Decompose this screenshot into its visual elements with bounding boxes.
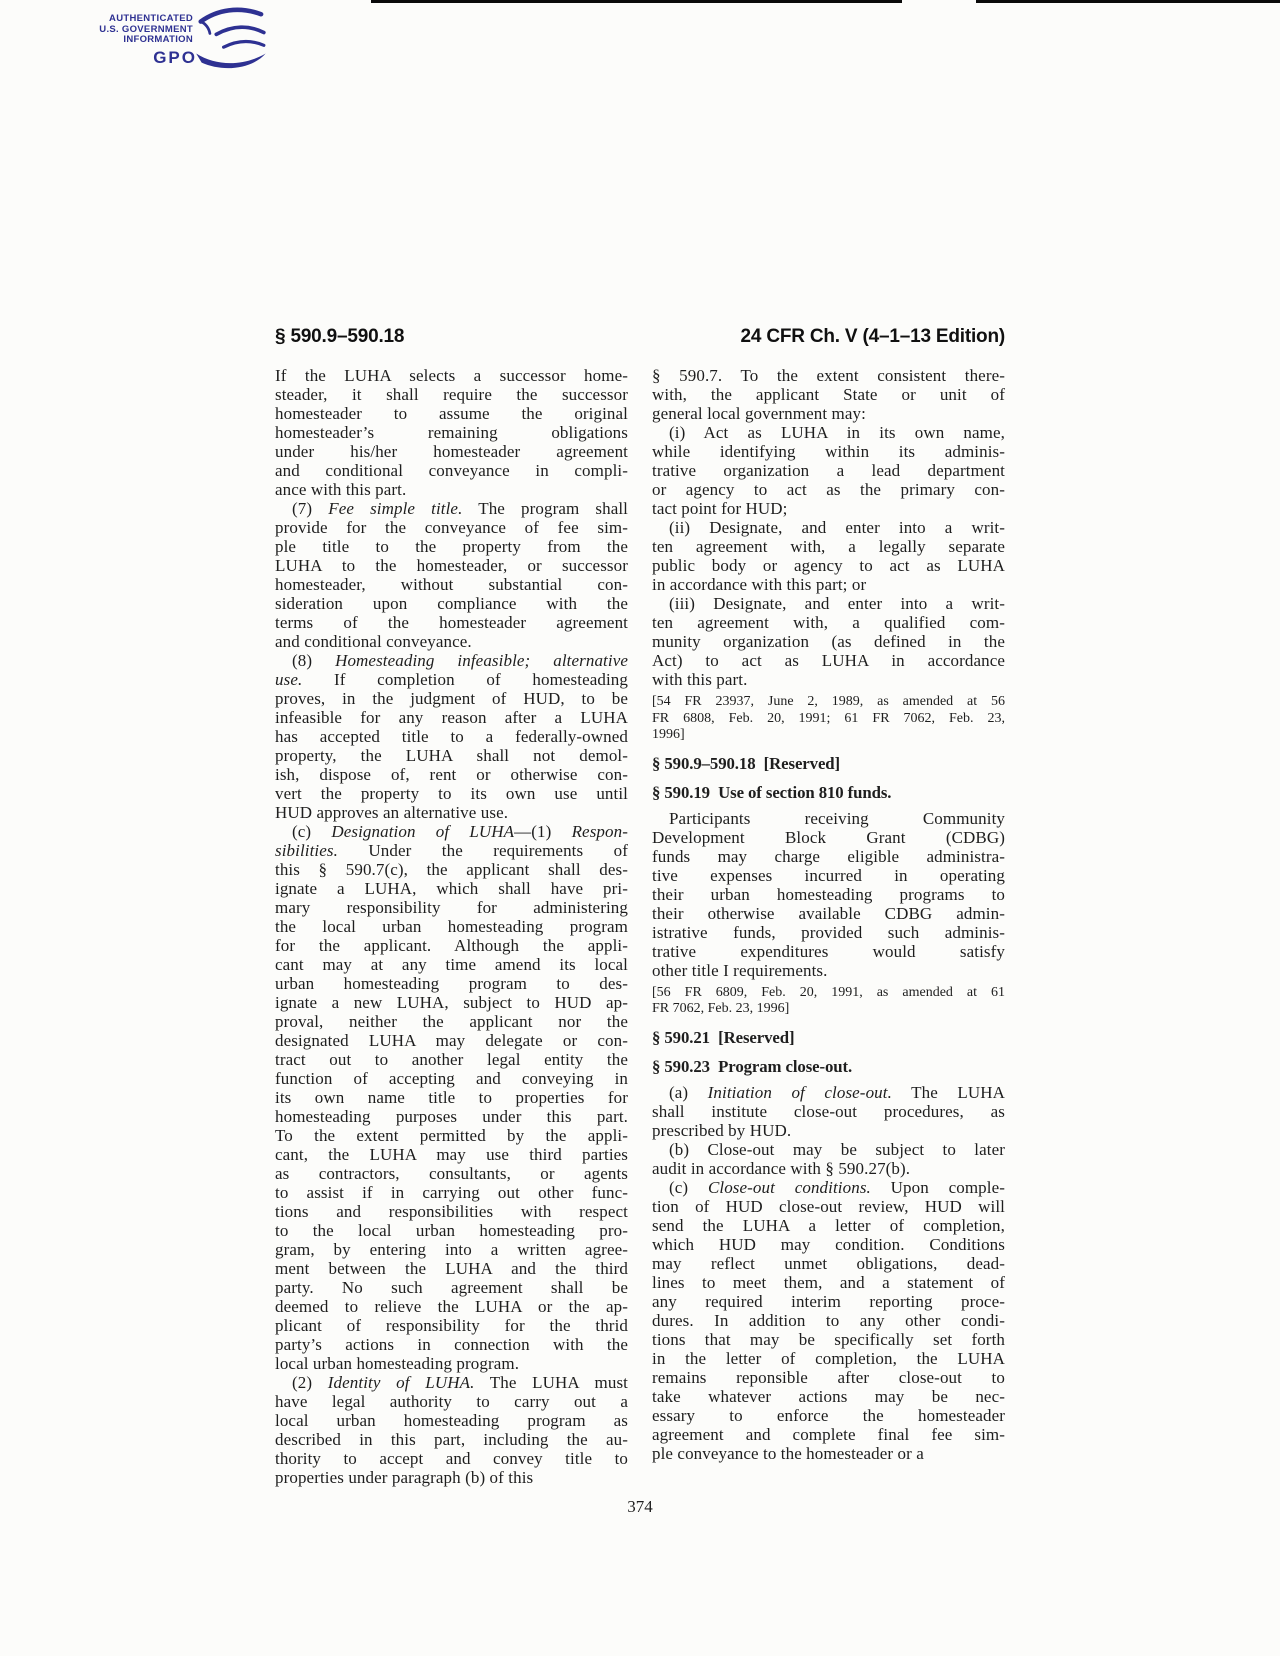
text-line: terms of the homesteader agreement: [275, 613, 628, 632]
body-columns: If the LUHA selects a successor home-ste…: [275, 366, 1005, 1487]
running-header: § 590.9–590.18 24 CFR Ch. V (4–1–13 Edit…: [275, 326, 1005, 348]
text-line: while identifying within its adminis-: [652, 442, 1005, 461]
text-line: (c) Close-out conditions. Upon comple-: [652, 1178, 1005, 1197]
paragraph: § 590.7. To the extent consistent there-…: [652, 366, 1005, 423]
text-line: other title I requirements.: [652, 961, 1005, 980]
section-heading: § 590.19 Use of section 810 funds.: [652, 783, 1005, 802]
text-line: Act) to act as LUHA in accordance: [652, 651, 1005, 670]
text-line: (b) Close-out may be subject to later: [652, 1140, 1005, 1159]
text-line: LUHA to the homesteader, or successor: [275, 556, 628, 575]
text-line: istrative funds, provided such adminis-: [652, 923, 1005, 942]
text-line: properties under paragraph (b) of this: [275, 1468, 628, 1487]
text-line: to the local urban homesteading pro-: [275, 1221, 628, 1240]
text-line: ple title to the property from the: [275, 537, 628, 556]
text-line: deemed to relieve the LUHA or the ap-: [275, 1297, 628, 1316]
paragraph: (7) Fee simple title. The program shallp…: [275, 499, 628, 651]
text-line: or agency to act as the primary con-: [652, 480, 1005, 499]
section-heading: § 590.21 [Reserved]: [652, 1028, 1005, 1047]
text-line: sibilities. Under the requirements of: [275, 841, 628, 860]
paragraph: (ii) Designate, and enter into a writ-te…: [652, 518, 1005, 594]
paragraph: (a) Initiation of close-out. The LUHAsha…: [652, 1083, 1005, 1140]
text-line: To the extent permitted by the appli-: [275, 1126, 628, 1145]
text-line: any required interim reporting proce-: [652, 1292, 1005, 1311]
text-line: ple conveyance to the homesteader or a: [652, 1444, 1005, 1463]
text-line: ance with this part.: [275, 480, 628, 499]
text-line: FR 6808, Feb. 20, 1991; 61 FR 7062, Feb.…: [652, 711, 1005, 728]
text-line: (7) Fee simple title. The program shall: [275, 499, 628, 518]
left-column: If the LUHA selects a successor home-ste…: [275, 366, 628, 1487]
text-line: ment between the LUHA and the third: [275, 1259, 628, 1278]
gpo-logo-line: INFORMATION: [93, 35, 193, 46]
text-line: provide for the conveyance of fee sim-: [275, 518, 628, 537]
text-line: essary to enforce the homesteader: [652, 1406, 1005, 1425]
text-line: and conditional conveyance.: [275, 632, 628, 651]
text-line: general local government may:: [652, 404, 1005, 423]
text-line: funds may charge eligible administra-: [652, 847, 1005, 866]
text-line: has accepted title to a federally-owned: [275, 727, 628, 746]
header-section-range: § 590.9–590.18: [275, 326, 404, 348]
text-line: lines to meet them, and a statement of: [652, 1273, 1005, 1292]
text-line: use. If completion of homesteading: [275, 670, 628, 689]
text-line: gram, by entering into a written agree-: [275, 1240, 628, 1259]
text-line: (c) Designation of LUHA—(1) Respon-: [275, 822, 628, 841]
right-column: § 590.7. To the extent consistent there-…: [652, 366, 1005, 1487]
text-line: as contractors, consultants, or agents: [275, 1164, 628, 1183]
text-line: send the LUHA a letter of completion,: [652, 1216, 1005, 1235]
text-line: tion of HUD close-out review, HUD will: [652, 1197, 1005, 1216]
text-line: mary responsibility for administering: [275, 898, 628, 917]
text-line: homesteader’s remaining obligations: [275, 423, 628, 442]
text-line: homesteading purposes under this part.: [275, 1107, 628, 1126]
text-line: remains reponsible after close-out to: [652, 1368, 1005, 1387]
text-line: their urban homesteading programs to: [652, 885, 1005, 904]
scan-artifact-bar: [976, 0, 1280, 3]
text-line: public body or agency to act as LUHA: [652, 556, 1005, 575]
section-heading: § 590.23 Program close-out.: [652, 1057, 1005, 1076]
text-line: tions and responsibilities with respect: [275, 1202, 628, 1221]
text-line: in the letter of completion, the LUHA: [652, 1349, 1005, 1368]
text-line: local urban homesteading program as: [275, 1411, 628, 1430]
text-line: function of accepting and conveying in: [275, 1069, 628, 1088]
citation-note: [54 FR 23937, June 2, 1989, as amended a…: [652, 694, 1005, 744]
text-line: with, the applicant State or unit of: [652, 385, 1005, 404]
text-line: ten agreement with, a legally separate: [652, 537, 1005, 556]
text-line: (a) Initiation of close-out. The LUHA: [652, 1083, 1005, 1102]
text-line: party’s actions in connection with the: [275, 1335, 628, 1354]
text-line: tive expenses incurred in operating: [652, 866, 1005, 885]
text-line: urban homesteading program to des-: [275, 974, 628, 993]
text-line: ish, dispose of, rent or otherwise con-: [275, 765, 628, 784]
paragraph: (2) Identity of LUHA. The LUHA musthave …: [275, 1373, 628, 1487]
text-line: have legal authority to carry out a: [275, 1392, 628, 1411]
text-line: the local urban homesteading program: [275, 917, 628, 936]
paragraph: If the LUHA selects a successor home-ste…: [275, 366, 628, 499]
text-line: shall institute close-out procedures, as: [652, 1102, 1005, 1121]
paragraph: (c) Designation of LUHA—(1) Respon-sibil…: [275, 822, 628, 1373]
text-line: § 590.7. To the extent consistent there-: [652, 366, 1005, 385]
text-line: steader, it shall require the successor: [275, 385, 628, 404]
text-line: ten agreement with, a qualified com-: [652, 613, 1005, 632]
text-line: may reflect unmet obligations, dead-: [652, 1254, 1005, 1273]
scan-artifact-bar: [371, 0, 902, 3]
text-line: local urban homesteading program.: [275, 1354, 628, 1373]
text-line: audit in accordance with § 590.27(b).: [652, 1159, 1005, 1178]
text-line: munity organization (as defined in the: [652, 632, 1005, 651]
text-line: tact point for HUD;: [652, 499, 1005, 518]
header-edition: 24 CFR Ch. V (4–1–13 Edition): [741, 326, 1006, 348]
paragraph: (8) Homesteading infeasible; alternative…: [275, 651, 628, 822]
section-heading: § 590.9–590.18 [Reserved]: [652, 754, 1005, 773]
text-line: take whatever actions may be nec-: [652, 1387, 1005, 1406]
text-line: dures. In addition to any other condi-: [652, 1311, 1005, 1330]
text-line: 1996]: [652, 727, 1005, 744]
text-line: ignate a new LUHA, subject to HUD ap-: [275, 993, 628, 1012]
text-line: plicant of responsibility for the thrid: [275, 1316, 628, 1335]
text-line: proval, neither the applicant nor the: [275, 1012, 628, 1031]
gpo-acronym: GPO: [93, 48, 197, 68]
text-line: to assist if in carrying out other func-: [275, 1183, 628, 1202]
gpo-logo-text: AUTHENTICATED U.S. GOVERNMENT INFORMATIO…: [93, 14, 193, 46]
text-line: homesteader, without substantial con-: [275, 575, 628, 594]
text-line: (ii) Designate, and enter into a writ-: [652, 518, 1005, 537]
text-line: which HUD may condition. Conditions: [652, 1235, 1005, 1254]
text-line: under his/her homesteader agreement: [275, 442, 628, 461]
text-line: Participants receiving Community: [652, 809, 1005, 828]
text-line: sideration upon compliance with the: [275, 594, 628, 613]
text-line: [54 FR 23937, June 2, 1989, as amended a…: [652, 694, 1005, 711]
text-line: (8) Homesteading infeasible; alternative: [275, 651, 628, 670]
paragraph: (i) Act as LUHA in its own name,while id…: [652, 423, 1005, 518]
text-line: cant may at any time amend its local: [275, 955, 628, 974]
text-line: agreement and complete final fee sim-: [652, 1425, 1005, 1444]
text-line: (iii) Designate, and enter into a writ-: [652, 594, 1005, 613]
text-line: property, the LUHA shall not demol-: [275, 746, 628, 765]
gpo-logo-line: AUTHENTICATED: [93, 14, 193, 25]
citation-note: [56 FR 6809, Feb. 20, 1991, as amended a…: [652, 985, 1005, 1018]
text-line: tract out to another legal entity the: [275, 1050, 628, 1069]
document-page: AUTHENTICATED U.S. GOVERNMENT INFORMATIO…: [0, 0, 1280, 1656]
text-line: trative organization a lead department: [652, 461, 1005, 480]
paragraph: (c) Close-out conditions. Upon comple-ti…: [652, 1178, 1005, 1463]
text-line: its own name title to properties for: [275, 1088, 628, 1107]
text-line: (2) Identity of LUHA. The LUHA must: [275, 1373, 628, 1392]
text-line: proves, in the judgment of HUD, to be: [275, 689, 628, 708]
text-line: Development Block Grant (CDBG): [652, 828, 1005, 847]
page-number: 374: [0, 1497, 1280, 1517]
text-line: vert the property to its own use until: [275, 784, 628, 803]
text-line: (i) Act as LUHA in its own name,: [652, 423, 1005, 442]
paragraph: (b) Close-out may be subject to lateraud…: [652, 1140, 1005, 1178]
text-line: in accordance with this part; or: [652, 575, 1005, 594]
text-line: this § 590.7(c), the applicant shall des…: [275, 860, 628, 879]
text-line: [56 FR 6809, Feb. 20, 1991, as amended a…: [652, 985, 1005, 1002]
text-line: prescribed by HUD.: [652, 1121, 1005, 1140]
gpo-authentication-logo: AUTHENTICATED U.S. GOVERNMENT INFORMATIO…: [93, 6, 273, 70]
text-line: designated LUHA may delegate or con-: [275, 1031, 628, 1050]
text-line: described in this part, including the au…: [275, 1430, 628, 1449]
gpo-eagle-icon: [189, 6, 271, 70]
text-line: their otherwise available CDBG admin-: [652, 904, 1005, 923]
paragraph: Participants receiving CommunityDevelopm…: [652, 809, 1005, 980]
text-line: trative expenditures would satisfy: [652, 942, 1005, 961]
text-line: thority to accept and convey title to: [275, 1449, 628, 1468]
text-line: for the applicant. Although the appli-: [275, 936, 628, 955]
text-line: HUD approves an alternative use.: [275, 803, 628, 822]
text-line: and conditional conveyance in compli-: [275, 461, 628, 480]
text-line: with this part.: [652, 670, 1005, 689]
text-line: tions that may be specifically set forth: [652, 1330, 1005, 1349]
text-line: homesteader to assume the original: [275, 404, 628, 423]
text-line: party. No such agreement shall be: [275, 1278, 628, 1297]
text-line: ignate a LUHA, which shall have pri-: [275, 879, 628, 898]
paragraph: (iii) Designate, and enter into a writ-t…: [652, 594, 1005, 689]
text-line: FR 7062, Feb. 23, 1996]: [652, 1001, 1005, 1018]
text-line: infeasible for any reason after a LUHA: [275, 708, 628, 727]
text-line: cant, the LUHA may use third parties: [275, 1145, 628, 1164]
text-line: If the LUHA selects a successor home-: [275, 366, 628, 385]
